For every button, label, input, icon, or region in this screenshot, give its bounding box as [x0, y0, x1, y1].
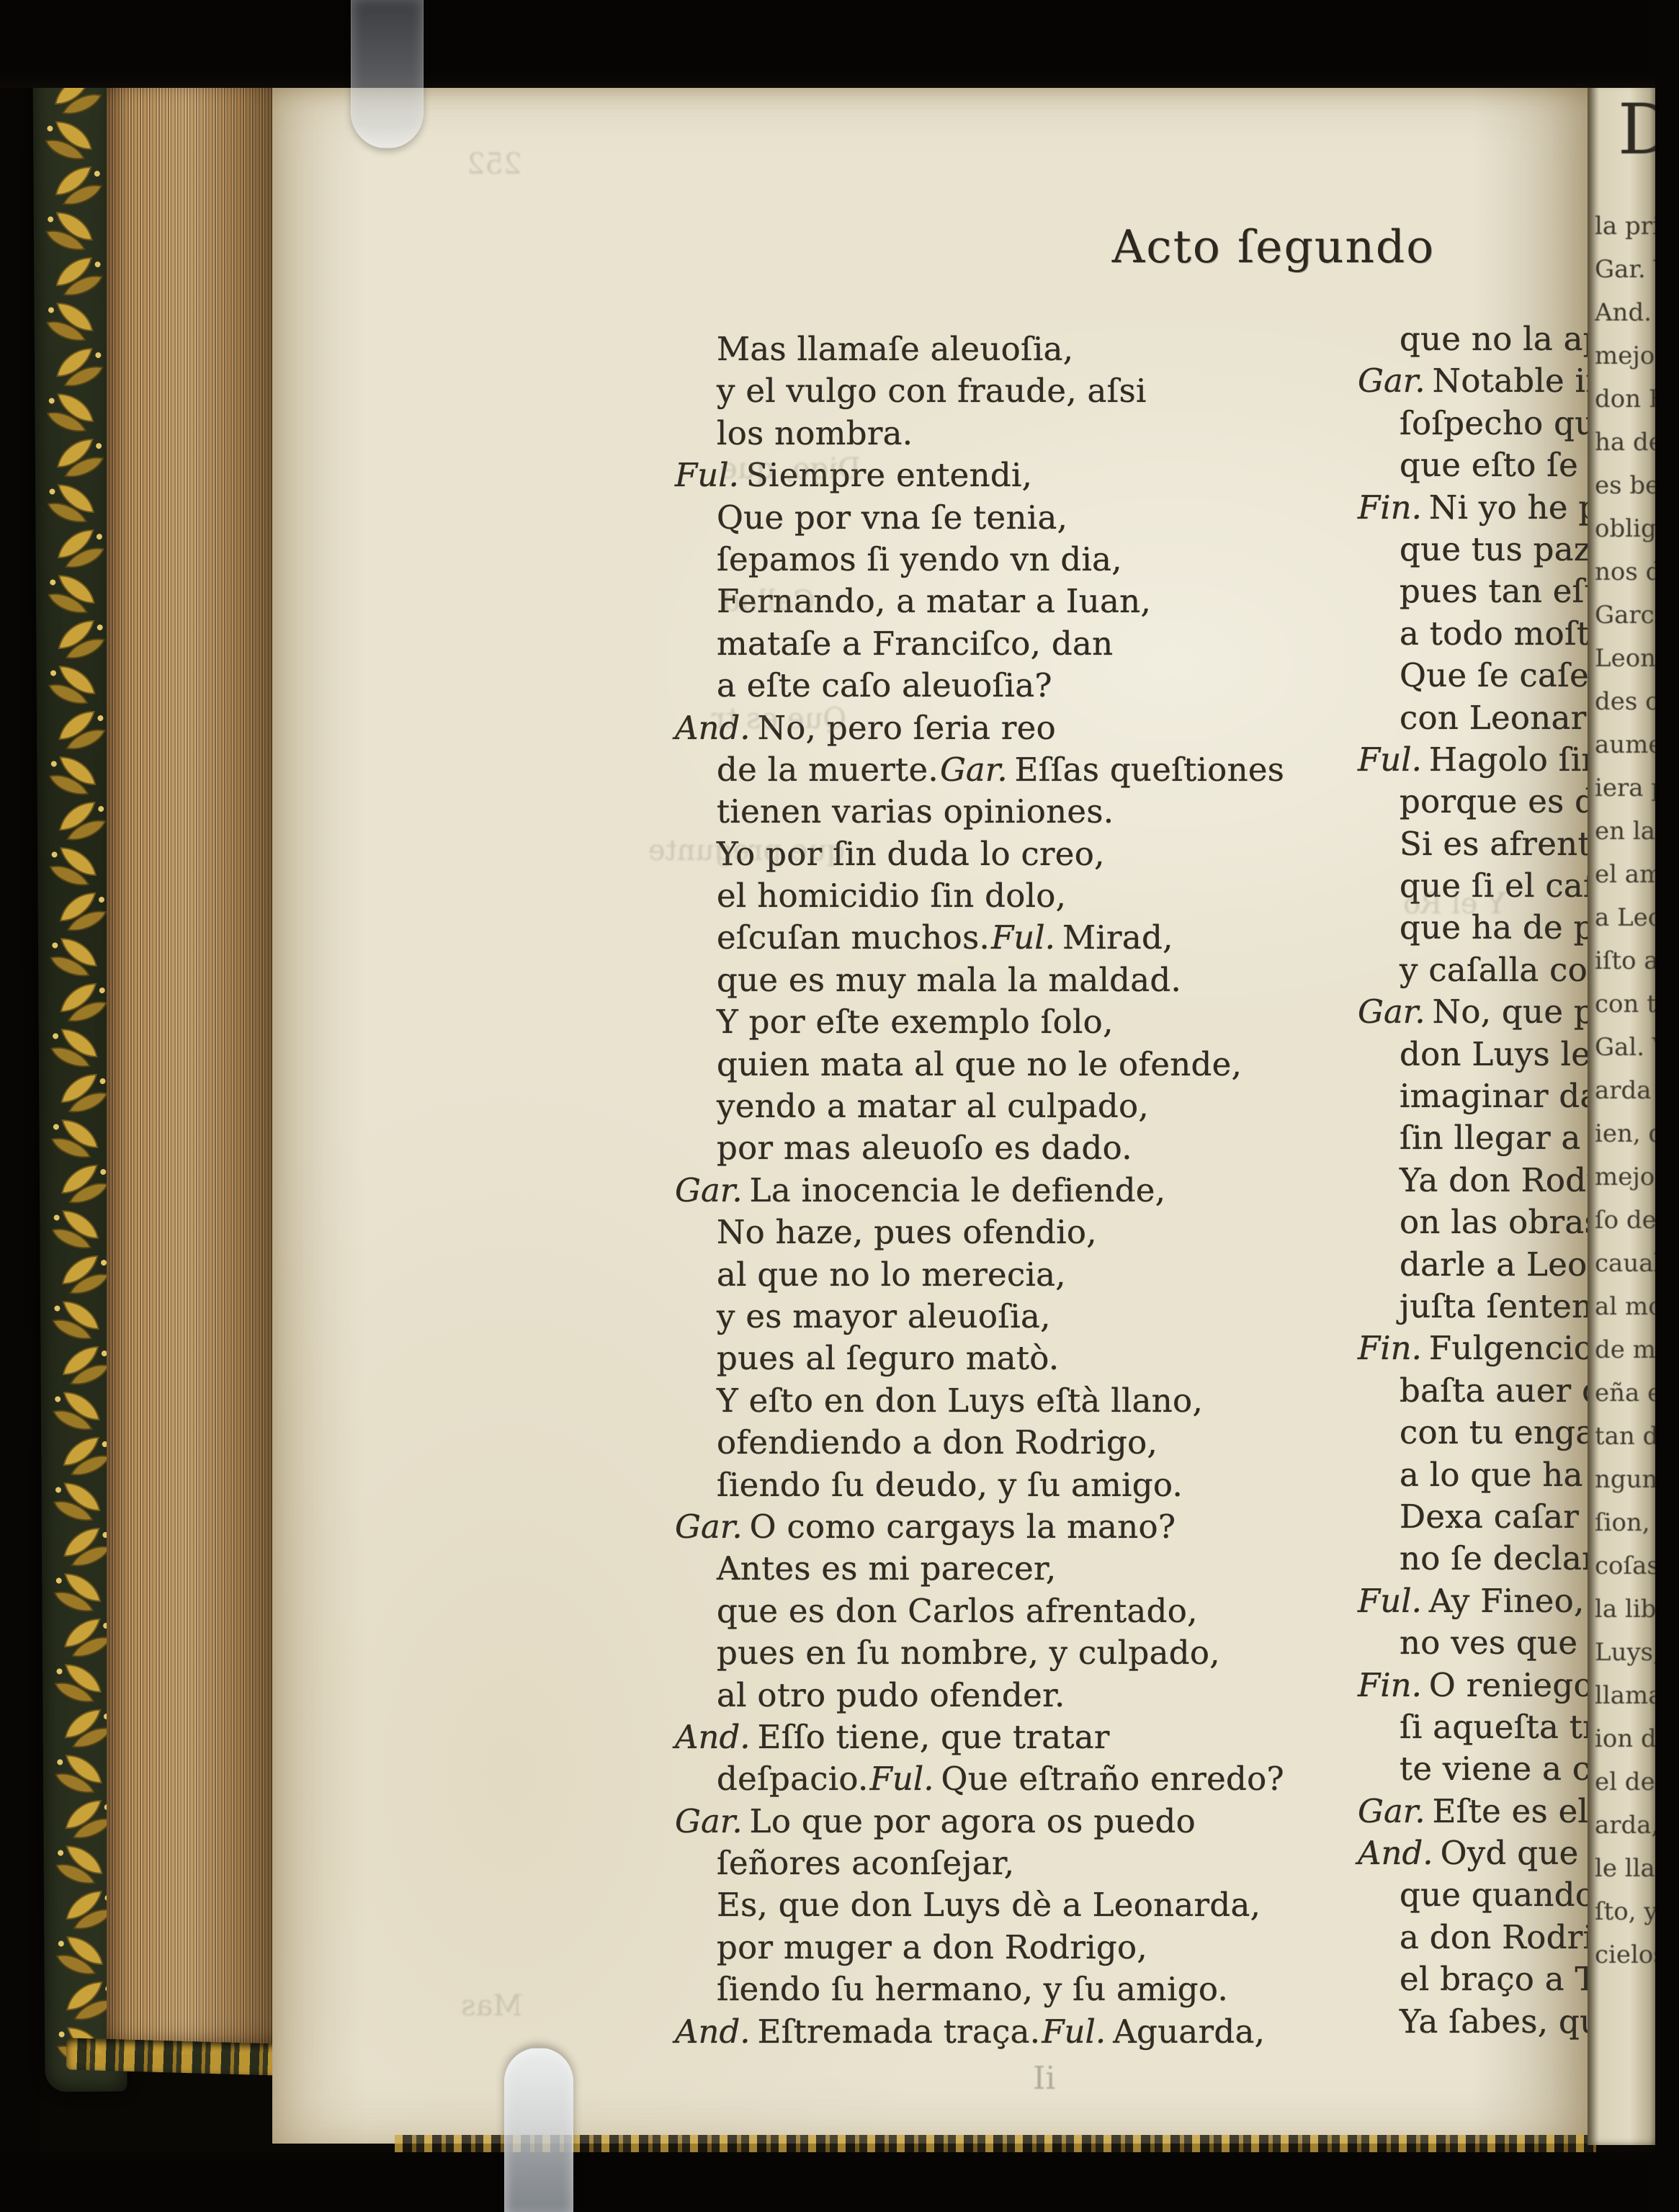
speaker-abbreviation: Gar.: [675, 1802, 743, 1840]
bleed-ghost-text: 252: [467, 148, 521, 181]
verse-text: O como cargays la mano?: [750, 1508, 1176, 1546]
speaker-abbreviation: Gar.: [675, 1508, 743, 1546]
verse-line: ſiendo ſu deudo, y ſu amigo.: [673, 1464, 1336, 1506]
verse-text: La inocencia le defiende,: [750, 1171, 1166, 1209]
speaker-abbreviation: And.: [1358, 1834, 1433, 1872]
verse-text: Eſtremada traça.: [758, 2012, 1041, 2051]
verse-line: Que por vna ſe tenia,: [673, 497, 1336, 539]
bleed-ghost-text: Y el Ro: [1403, 887, 1506, 921]
verse-text: el homicidio ſin dolo,: [717, 877, 1066, 915]
verse-line: pues al ſeguro matò.: [673, 1338, 1336, 1379]
verse-text: Y por eſte exemplo ſolo,: [717, 1003, 1114, 1041]
verse-line: el homicidio ſin dolo,: [673, 875, 1336, 917]
speaker-abbreviation: Fin.: [1358, 1329, 1422, 1367]
verse-line: tienen varias opiniones.: [673, 791, 1336, 833]
verse-line: ſiendo ſu hermano, y ſu amigo.: [673, 1969, 1336, 2010]
verse-line: mataſe a Franciſco, dan: [673, 623, 1336, 665]
speaker-abbreviation: Gar.: [1358, 362, 1425, 400]
verse-line: ſepamos ſi yendo vn dia,: [673, 539, 1336, 581]
speaker-abbreviation: Ful.: [1358, 1582, 1422, 1620]
verse-line: que es don Carlos afrentado,: [673, 1590, 1336, 1632]
verse-text: ſiendo ſu hermano, y ſu amigo.: [717, 1970, 1228, 2008]
verse-line: And.Eſtremada traça.Ful.Aguarda,: [673, 2011, 1336, 2053]
verse-line: de la muerte.Gar.Eſſas queſtiones: [673, 749, 1336, 791]
speaker-abbreviation: And.: [675, 2012, 751, 2051]
verse-line: Y por eſte exemplo ſolo,: [673, 1001, 1336, 1043]
verse-line: pues en ſu nombre, y culpado,: [673, 1632, 1336, 1674]
verse-text: al otro pudo ofender.: [717, 1676, 1065, 1714]
signature-mark: Ii: [1033, 2060, 1055, 2097]
open-book-photograph: Acto ſegundo Mas llamaſe aleuoſia,y el v…: [0, 0, 1679, 2212]
verse-text: Que por vna ſe tenia,: [717, 498, 1067, 537]
verse-text: Que eſtraño enredo?: [941, 1760, 1284, 1798]
book-page: Acto ſegundo Mas llamaſe aleuoſia,y el v…: [272, 86, 1595, 2144]
speaker-abbreviation: Ful.: [1358, 740, 1422, 779]
bleed-ghost-text: que pregunte: [648, 834, 845, 867]
background-bottom: [0, 2152, 1679, 2212]
verse-line: Gar.Lo que por agora os puedo: [673, 1801, 1336, 1842]
verse-line: quien mata al que no le ofende,: [673, 1044, 1336, 1085]
speaker-abbreviation: Fin.: [1358, 488, 1422, 527]
verse-text: y es mayor aleuoſia,: [717, 1297, 1051, 1335]
verse-text: que es muy mala la maldad.: [717, 961, 1181, 999]
verse-line: yendo a matar al culpado,: [673, 1085, 1336, 1127]
verse-line: Es, que don Luys dè a Leonarda,: [673, 1884, 1336, 1926]
verse-text: ſepamos ſi yendo vn dia,: [717, 540, 1122, 578]
verse-line: And.Eſſo tiene, que tratar: [673, 1716, 1336, 1758]
speaker-abbreviation: Fin.: [1358, 1666, 1422, 1704]
bleed-ghost-text: Mas: [461, 1989, 522, 2023]
verse-line: eſcuſan muchos.Ful.Mirad,: [673, 917, 1336, 959]
verse-text: al que no lo merecia,: [717, 1255, 1066, 1294]
verse-text: Lo que por agora os puedo: [750, 1802, 1196, 1840]
verse-line: Antes es mi parecer,: [673, 1548, 1336, 1590]
verse-line: No haze, pues ofendio,: [673, 1212, 1336, 1253]
speaker-abbreviation: Ful.: [991, 918, 1055, 957]
verse-text: Aguarda,: [1113, 2012, 1265, 2051]
verse-line: al que no lo merecia,: [673, 1254, 1336, 1296]
verse-text: Eſſo tiene, que tratar: [758, 1718, 1110, 1756]
verse-text: deſpacio.: [717, 1760, 869, 1798]
verse-text: y el vulgo con fraude, aſsi: [717, 372, 1147, 410]
bleed-ghost-text: Callad: [722, 585, 815, 618]
speaker-abbreviation: Ful.: [870, 1760, 934, 1798]
verse-line: deſpacio.Ful.Que eſtraño enredo?: [673, 1758, 1336, 1800]
verse-text: Y eſto en don Luys eſtà llano,: [717, 1382, 1203, 1420]
verse-line: los nombra.: [673, 413, 1336, 455]
verse-text: eſcuſan muchos.: [717, 918, 990, 957]
verse-line: Y eſto en don Luys eſtà llano,: [673, 1380, 1336, 1422]
page-holder-strip-top: [351, 0, 424, 148]
verse-text: de la muerte.: [717, 751, 939, 789]
verse-text: Mas llamaſe aleuoſia,: [717, 330, 1073, 368]
verse-text: ofendiendo a don Rodrigo,: [717, 1423, 1158, 1461]
verse-text: ſiendo ſu deudo, y ſu amigo.: [717, 1466, 1183, 1504]
verse-text: Es, que don Luys dè a Leonarda,: [717, 1886, 1261, 1924]
speaker-abbreviation: Gar.: [1358, 1792, 1425, 1830]
verse-text: a eſte caſo aleuoſia?: [717, 666, 1052, 704]
background-right: [1655, 0, 1679, 2212]
bleed-ghost-text: Que es tr: [712, 702, 846, 735]
verse-text: por mas aleuoſo es dado.: [717, 1129, 1132, 1167]
verse-text: Antes es mi parecer,: [717, 1549, 1056, 1588]
verse-text: por muger a don Rodrigo,: [717, 1928, 1147, 1966]
verse-line: Gar.La inocencia le defiende,: [673, 1170, 1336, 1212]
background-top: [0, 0, 1679, 88]
act-heading: Acto ſegundo: [1036, 220, 1511, 273]
bleed-ghost-text: Digo, que: [720, 452, 861, 485]
verse-text: yendo a matar al culpado,: [717, 1087, 1149, 1125]
speaker-abbreviation: Gar.: [675, 1171, 743, 1209]
verse-text: No haze, pues ofendio,: [717, 1213, 1097, 1251]
verse-line: a eſte caſo aleuoſia?: [673, 665, 1336, 707]
verse-text: pues al ſeguro matò.: [717, 1339, 1060, 1377]
verse-line: por muger a don Rodrigo,: [673, 1927, 1336, 1969]
verse-text: pues en ſu nombre, y culpado,: [717, 1634, 1220, 1672]
verse-text: ſeñores aconſejar,: [717, 1844, 1014, 1882]
speaker-abbreviation: Ful.: [1042, 2012, 1106, 2051]
verse-text: quien mata al que no le ofende,: [717, 1045, 1242, 1083]
verse-line: al otro pudo ofender.: [673, 1675, 1336, 1716]
verse-line: por mas aleuoſo es dado.: [673, 1127, 1336, 1169]
verse-text: mataſe a Franciſco, dan: [717, 624, 1113, 663]
verse-line: y el vulgo con fraude, aſsi: [673, 370, 1336, 412]
verse-line: que es muy mala la maldad.: [673, 959, 1336, 1001]
gilt-bottom-edge: [395, 2135, 1596, 2152]
book-fore-edge-pages: [107, 73, 279, 2055]
speaker-abbreviation: Gar.: [940, 751, 1008, 789]
speaker-abbreviation: And.: [675, 1718, 751, 1756]
verse-line: Mas llamaſe aleuoſia,: [673, 328, 1336, 370]
verse-text: que es don Carlos afrentado,: [717, 1592, 1198, 1630]
verse-line: ofendiendo a don Rodrigo,: [673, 1422, 1336, 1464]
verse-line: y es mayor aleuoſia,: [673, 1296, 1336, 1338]
page-holder-strip-bottom: [504, 2048, 573, 2212]
verse-text: tienen varias opiniones.: [717, 792, 1114, 830]
verse-line: Gar.O como cargays la mano?: [673, 1506, 1336, 1548]
verse-text: Eſſas queſtiones: [1015, 751, 1285, 789]
verse-line: ſeñores aconſejar,: [673, 1842, 1336, 1884]
speaker-abbreviation: Gar.: [1358, 993, 1425, 1031]
verse-text: Mirad,: [1062, 918, 1173, 957]
verse-text: los nombra.: [717, 414, 913, 452]
